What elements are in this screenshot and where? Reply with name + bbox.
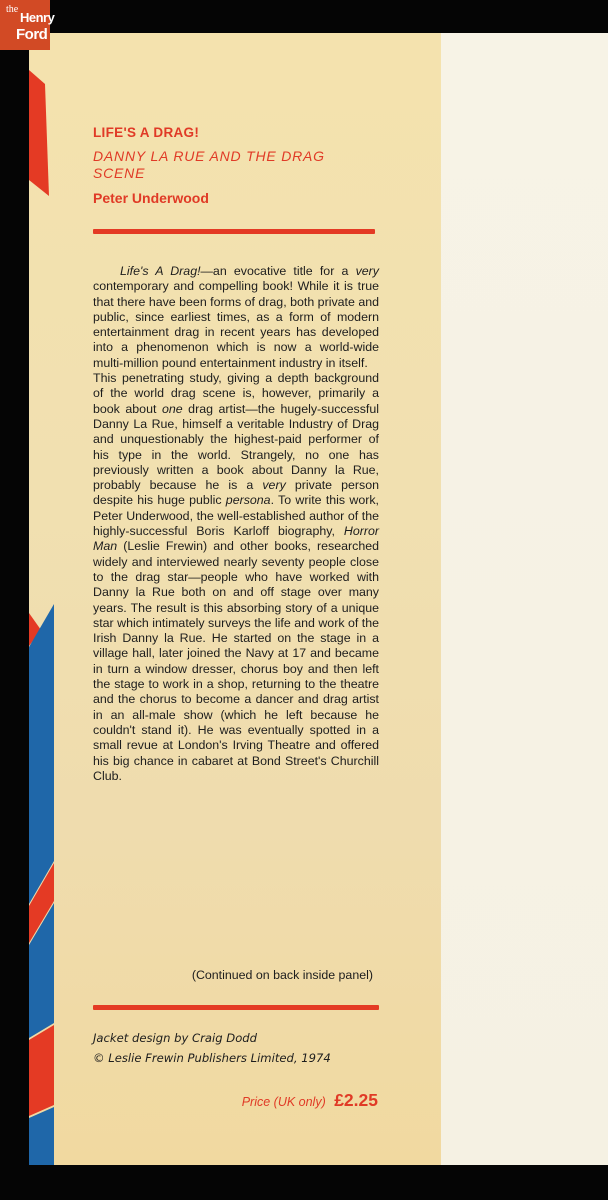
price: Price (UK only) £2.25 [93, 1090, 378, 1111]
credits: Jacket design by Craig Dodd © Leslie Fre… [93, 1028, 379, 1068]
continued-note: (Continued on back inside panel) [93, 968, 373, 982]
price-label: Price (UK only) [242, 1095, 326, 1109]
blurb-paragraph-1: Life's A Drag!—an evocative title for a … [93, 264, 379, 371]
logo-ford: Ford [16, 26, 47, 43]
inner-panel [441, 33, 608, 1165]
henry-ford-logo: the Henry Ford [0, 0, 50, 50]
blurb-text: Life's A Drag!—an evocative title for a … [93, 264, 379, 784]
book-title: LIFE'S A DRAG! [93, 125, 375, 140]
logo-the: the [6, 4, 18, 15]
flap-header: LIFE'S A DRAG! DANNY LA RUE AND THE DRAG… [93, 125, 375, 234]
divider-top [93, 229, 375, 234]
book-author: Peter Underwood [93, 190, 375, 206]
flag-stripe-edge [29, 33, 55, 1165]
copyright-line: © Leslie Frewin Publishers Limited, 1974 [93, 1048, 379, 1068]
blurb-paragraph-2: This penetrating study, giving a depth b… [93, 371, 379, 784]
logo-henry: Henry [20, 10, 54, 25]
price-amount: £2.25 [334, 1090, 378, 1110]
book-subtitle: DANNY LA RUE AND THE DRAG SCENE [93, 148, 375, 182]
divider-bottom [93, 1005, 379, 1010]
jacket-design-credit: Jacket design by Craig Dodd [93, 1028, 379, 1048]
